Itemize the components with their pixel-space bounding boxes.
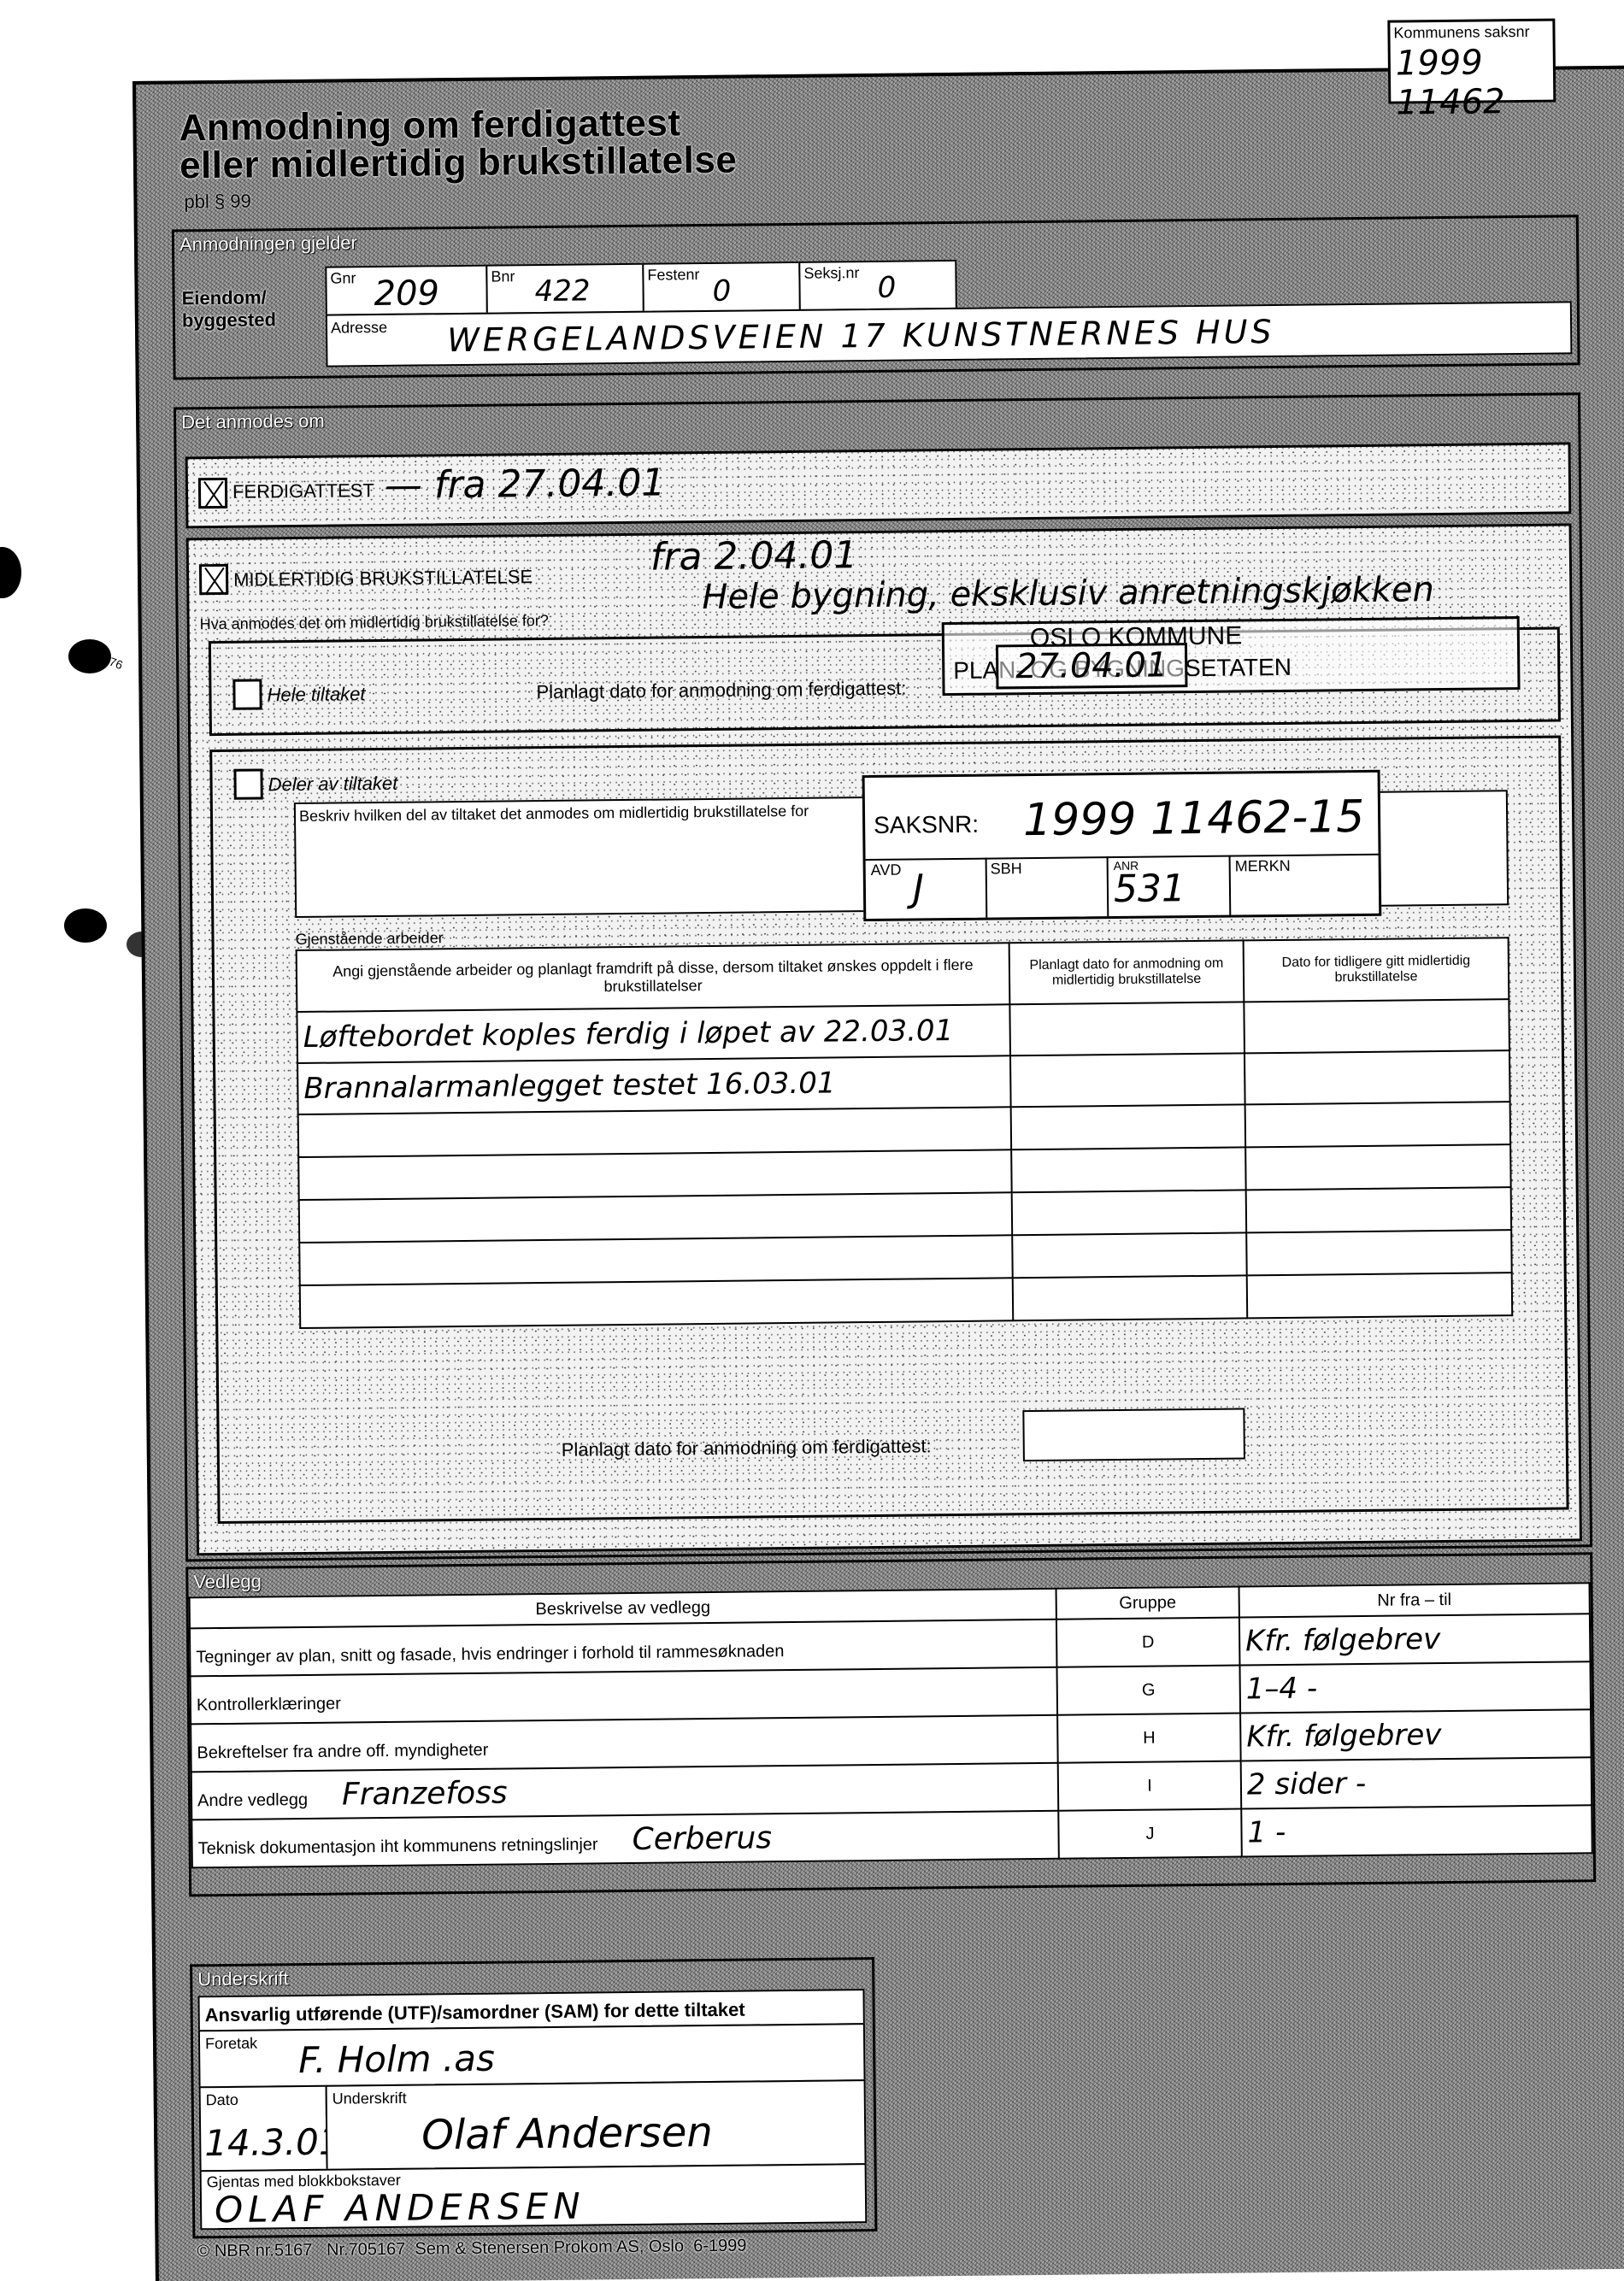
stamp-avd-value: J <box>913 867 925 910</box>
remaining-work-cell[interactable] <box>300 1278 1013 1328</box>
planned-date-cell[interactable] <box>1012 1232 1247 1278</box>
hele-tiltaket-label: Hele tiltaket <box>267 683 365 706</box>
planned-date-cell[interactable] <box>1012 1190 1247 1235</box>
deler-tiltaket-label: Deler av tiltaket <box>268 773 397 797</box>
attachment-extra-note: Cerberus <box>632 1820 772 1857</box>
gnr-value: 209 <box>374 273 439 314</box>
stamp-anr-value: 531 <box>1114 867 1186 911</box>
attachment-group: I <box>1058 1761 1242 1811</box>
remaining-header-planned: Planlagt dato for anmodning om midlertid… <box>1009 940 1244 1004</box>
ferdigattest-checkbox[interactable] <box>198 478 227 509</box>
stamp-saksnr-label: SAKSNR: <box>874 811 979 839</box>
property-section-label: Anmodningen gjelder <box>179 232 357 256</box>
punch-hole <box>64 908 107 943</box>
margin-note: 76 <box>108 655 125 672</box>
remaining-work-cell[interactable] <box>298 1149 1011 1200</box>
festenr-label: Festenr <box>647 266 699 285</box>
seksjnr-value: 0 <box>877 271 896 305</box>
midlertidig-block: MIDLERTIDIG BRUKSTILLATELSE fra 2.04.01 … <box>186 523 1582 1555</box>
planned-date-cell[interactable] <box>1010 1053 1245 1107</box>
underskrift-value: Olaf Andersen <box>421 2108 713 2160</box>
festenr-field[interactable]: Festenr 0 <box>642 262 801 313</box>
attachment-description-text: Kontrollerklæringer <box>197 1694 341 1714</box>
gnr-field[interactable]: Gnr 209 <box>325 265 488 316</box>
ferdigattest-note: — fra 27.04.01 <box>385 461 666 507</box>
stamp-received-date: 27.04.01 <box>996 643 1188 689</box>
ferdigattest-label: FERDIGATTEST <box>232 479 374 503</box>
ferdigattest-row: FERDIGATTEST — fra 27.04.01 <box>185 442 1572 528</box>
stamp-divider <box>1229 855 1232 915</box>
previous-date-cell[interactable] <box>1245 1144 1511 1190</box>
midlertidig-answer[interactable]: Hele bygning, eksklusiv anretningskjøkke… <box>702 570 1434 617</box>
attachment-extra-note: Franzefoss <box>342 1775 508 1812</box>
remaining-work-cell[interactable] <box>298 1107 1011 1157</box>
title-line-2: eller midlertidig brukstillatelse <box>179 142 738 185</box>
foretak-label: Foretak <box>205 2035 257 2054</box>
festenr-value: 0 <box>712 274 731 309</box>
property-row-label: Eiendom/ byggested <box>182 286 277 332</box>
hele-planned-label: Planlagt dato for anmodning om ferdigatt… <box>536 678 906 704</box>
gnr-label: Gnr <box>330 269 356 287</box>
dato-field[interactable]: Dato 14.3.01 <box>199 2085 328 2172</box>
stamp-divider <box>986 858 988 918</box>
stamp-avd-label: AVD <box>871 861 902 879</box>
previous-date-cell[interactable] <box>1244 999 1509 1053</box>
received-stamp: OSLO KOMMUNE PLAN- OG BYGNINGSETATEN 27.… <box>942 616 1521 696</box>
signature-section-label: Underskrift <box>197 1967 289 1990</box>
previous-date-cell[interactable] <box>1245 1102 1511 1147</box>
attachment-nr-range[interactable]: Kfr. følgebrev <box>1240 1709 1592 1761</box>
row-label-line-2: byggested <box>182 309 276 332</box>
attachment-description-text: Teknisk dokumentasjon iht kommunens retn… <box>198 1835 598 1858</box>
attachments-header-nr: Nr fra – til <box>1239 1583 1590 1617</box>
attachment-nr-range[interactable]: 2 sider - <box>1241 1757 1592 1808</box>
midlertidig-checkbox[interactable] <box>199 564 228 595</box>
attachment-nr-range[interactable]: 1 - <box>1241 1805 1592 1856</box>
attachment-group: D <box>1056 1618 1240 1667</box>
foretak-field[interactable]: Foretak F. Holm .as <box>198 2023 866 2088</box>
remaining-work-cell[interactable]: Løftebordet koples ferdig i løpet av 22.… <box>297 1004 1010 1063</box>
previous-date-cell[interactable] <box>1246 1230 1512 1275</box>
form-title: Anmodning om ferdigattest eller midlerti… <box>179 104 737 185</box>
block-letters-value: OLAF ANDERSEN <box>215 2185 585 2231</box>
attachments-section-label: Vedlegg <box>193 1571 262 1594</box>
remaining-works-label: Gjenstående arbeider <box>295 929 443 949</box>
hele-tiltaket-checkbox[interactable] <box>232 679 262 709</box>
stamp-merkn-label: MERKN <box>1235 857 1291 876</box>
property-section: Anmodningen gjelder Eiendom/ byggested G… <box>172 215 1580 379</box>
underskrift-field[interactable]: Underskrift Olaf Andersen <box>326 2079 867 2171</box>
remaining-header-works: Angi gjenstående arbeider og planlagt fr… <box>297 943 1010 1012</box>
dato-value: 14.3.01 <box>204 2121 342 2165</box>
midlertidig-question: Hva anmodes det om midlertidig brukstill… <box>200 612 549 633</box>
stamp-divider <box>1107 856 1109 916</box>
saksnr-stamp: SAKSNR: 1999 11462-15 AVD J SBH ANR 531 … <box>862 770 1382 921</box>
deler-describe-label: Beskriv hvilken del av tiltaket det anmo… <box>299 802 809 826</box>
previous-date-cell[interactable] <box>1247 1273 1513 1318</box>
attachment-nr-range[interactable]: Kfr. følgebrev <box>1239 1614 1591 1665</box>
remaining-work-cell[interactable]: Brannalarmanlegget testet 16.03.01 <box>297 1055 1011 1114</box>
footer-imprint: © NBR nr.5167 Nr.705167 Sem & Stenersen … <box>197 2237 746 2262</box>
punch-hole <box>68 639 111 673</box>
bnr-value: 422 <box>534 273 590 309</box>
signature-section: Underskrift Ansvarlig utførende (UTF)/sa… <box>190 1957 877 2238</box>
midlertidig-note: fra 2.04.01 <box>650 533 858 579</box>
kommunens-saksnr-value: 1999 11462 <box>1391 43 1554 123</box>
seksjnr-field[interactable]: Seksj.nr 0 <box>798 260 957 311</box>
attachment-group: H <box>1057 1714 1241 1763</box>
planned-date-cell[interactable] <box>1013 1275 1248 1320</box>
attachment-group: G <box>1056 1666 1240 1715</box>
remaining-work-cell[interactable] <box>299 1235 1012 1285</box>
foretak-value: F. Holm .as <box>298 2037 495 2081</box>
deler-tiltaket-checkbox[interactable] <box>233 768 262 799</box>
midlertidig-label: MIDLERTIDIG BRUKSTILLATELSE <box>233 566 533 591</box>
remaining-work-cell[interactable] <box>299 1192 1012 1243</box>
planned-date-cell[interactable] <box>1011 1147 1246 1192</box>
seksjnr-label: Seksj.nr <box>803 264 859 283</box>
form-page: Kommunens saksnr 1999 11462 Anmodning om… <box>132 66 1624 2281</box>
request-section-label: Det anmodes om <box>181 410 325 434</box>
dato-label: Dato <box>206 2091 238 2109</box>
attachment-group: J <box>1058 1809 1242 1859</box>
block-letters-field[interactable]: Gjentas med blokkbokstaver OLAF ANDERSEN <box>200 2163 868 2230</box>
kommunens-saksnr-label: Kommunens saksnr <box>1390 21 1552 44</box>
legal-reference: pbl § 99 <box>184 191 251 214</box>
attachments-header-group: Gruppe <box>1056 1587 1239 1620</box>
planned-date-cell[interactable] <box>1009 1002 1244 1055</box>
bottom-planned-field[interactable] <box>1022 1408 1245 1461</box>
attachment-description-text: Tegninger av plan, snitt og fasade, hvis… <box>196 1642 784 1667</box>
attachment-description-text: Bekreftelser fra andre off. myndigheter <box>197 1740 488 1762</box>
adresse-value: WERGELANDSVEIEN 17 KUNSTNERNES HUS <box>447 313 1275 359</box>
request-section: Det anmodes om FERDIGATTEST — fra 27.04.… <box>174 392 1592 1561</box>
attachments-table: Beskrivelse av vedlegg Gruppe Nr fra – t… <box>189 1582 1593 1868</box>
planned-date-cell[interactable] <box>1011 1104 1246 1149</box>
stamp-saksnr-value: 1999 11462-15 <box>1023 791 1365 846</box>
punch-hole <box>0 547 21 598</box>
underskrift-label: Underskrift <box>332 2090 407 2108</box>
stamp-sbh-label: SBH <box>991 860 1022 878</box>
previous-date-cell[interactable] <box>1244 1050 1510 1104</box>
attachment-description: Teknisk dokumentasjon iht kommunens retn… <box>191 1811 1059 1868</box>
remaining-works-table: Angi gjenstående arbeider og planlagt fr… <box>296 937 1514 1329</box>
bottom-planned-label: Planlagt dato for anmodning om ferdigatt… <box>562 1435 932 1461</box>
previous-date-cell[interactable] <box>1246 1187 1512 1232</box>
attachments-section: Vedlegg Beskrivelse av vedlegg Gruppe Nr… <box>185 1552 1596 1896</box>
deler-tiltaket-row: Deler av tiltaket Beskriv hvilken del av… <box>209 736 1568 1525</box>
bnr-field[interactable]: Bnr 422 <box>485 263 644 315</box>
adresse-label: Adresse <box>331 319 387 338</box>
remaining-header-previous: Dato for tidligere gitt midlertidig bruk… <box>1244 938 1509 1002</box>
kommunens-saksnr-box: Kommunens saksnr 1999 11462 <box>1387 19 1556 104</box>
signature-role-text: Ansvarlig utførende (UTF)/samordner (SAM… <box>205 1999 745 2027</box>
bnr-label: Bnr <box>491 267 515 285</box>
row-label-line-1: Eiendom/ <box>182 286 276 309</box>
attachment-nr-range[interactable]: 1–4 - <box>1239 1661 1591 1713</box>
attachment-description-text: Andre vedlegg <box>197 1790 308 1809</box>
